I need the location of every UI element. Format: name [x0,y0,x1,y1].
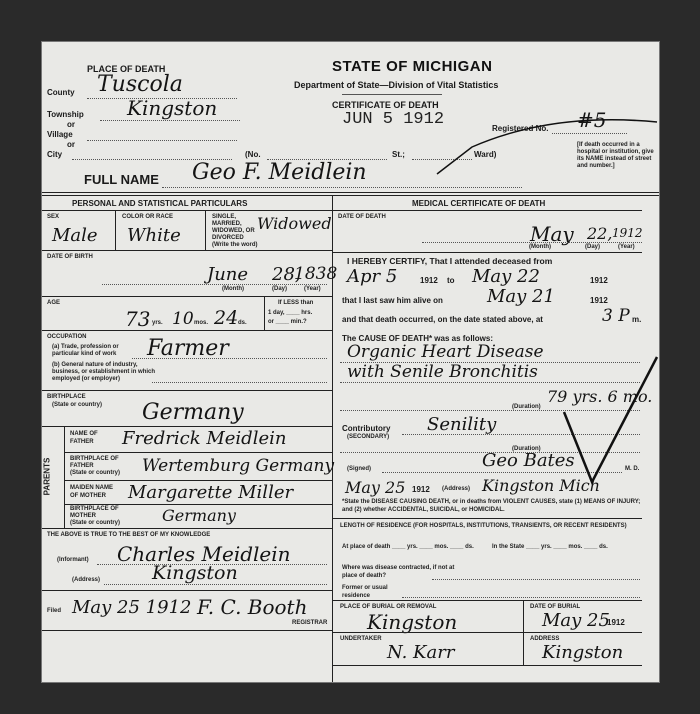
physician-signature: Geo Bates [482,450,575,471]
marital-status-label: SINGLE, MARRIED, WIDOWED, OR DIVORCED [212,214,262,242]
sign-date: May 25 [345,478,405,497]
certificate-title: CERTIFICATE OF DEATH [332,100,439,110]
mother-birthplace-sub: (State or country) [70,520,120,526]
city-label: City [47,150,62,159]
sign-year: 1912 [412,485,430,494]
marital-status-value: Widowed [257,214,332,233]
informant-label: (Informant) [57,557,89,563]
age-months-caption: mos. [194,320,208,326]
last-saw-year: 1912 [590,296,608,305]
registrar-label: REGISTRAR [292,620,327,626]
age-days: 24 [214,307,238,329]
birthplace-sub: (State or country) [52,402,102,408]
township-label: Township [47,110,84,119]
street-label: St.; [392,150,405,159]
medical-section-title: MEDICAL CERTIFICATE OF DEATH [412,199,545,208]
department-label: Department of State—Division of Vital St… [294,80,498,90]
month-caption: (Month) [222,286,244,292]
dob-label: DATE OF BIRTH [47,254,93,260]
burial-date-value: May 25 [542,610,610,631]
last-saw-label: that I last saw him alive on [342,296,443,305]
cause-line-2: with Senile Bronchitis [347,362,538,382]
age-label: AGE [47,300,60,306]
occupation-a-label: (a) Trade, profession or particular kind… [52,344,127,358]
secondary-label: (SECONDARY) [347,434,389,440]
death-certificate: PLACE OF DEATH County Tuscola Township K… [42,42,659,682]
or-label: or [67,120,75,129]
sex-label: SEX [47,214,59,220]
informant-address-value: Kingston [152,562,238,584]
residence-label: LENGTH OF RESIDENCE (FOR HOSPITALS, INST… [340,522,640,530]
occupation-label: OCCUPATION [47,334,86,340]
sex-value: Male [52,225,98,246]
father-name-label: NAME OF FATHER [70,430,110,446]
day-caption: (Day) [272,286,287,292]
dod-day: 22, [587,224,612,243]
sign-address-label: (Address) [442,486,470,492]
death-time-label: and that death occurred, on the date sta… [342,315,543,324]
mother-birthplace-label: BIRTHPLACE OF MOTHER [70,506,130,520]
marital-note: (Write the word) [212,242,258,248]
contracted-label: Where was disease contracted, if not at … [342,564,462,580]
undertaker-address-value: Kingston [542,642,623,663]
father-birthplace-value: Wertemburg Germany [142,456,334,476]
full-name-label: FULL NAME [84,172,159,187]
burial-place-value: Kingston [367,610,457,634]
dob-month: June [207,264,248,285]
contributory-label: Contributory [342,424,390,433]
mother-name-value: Margarette Miller [128,482,293,503]
burial-year: 1912 [607,618,625,627]
date-of-death-label: DATE OF DEATH [338,214,386,220]
father-birthplace-sub: (State or country) [70,470,120,476]
death-time-suffix: m. [632,315,641,324]
certify-text: I HEREBY CERTIFY, That I attended deceas… [347,256,552,266]
day-hrs-label: 1 day, ____ hrs. [268,310,312,316]
if-less-label: If LESS than [278,300,313,306]
signed-label: (Signed) [347,466,371,472]
year-caption: (Year) [618,244,635,250]
former-residence-label: Former or usual residence [342,584,402,600]
occupation-b-label: (b) General nature of industry, business… [52,362,162,383]
father-name-value: Fredrick Meidlein [122,428,286,449]
birthplace-value: Germany [142,400,244,425]
true-statement: THE ABOVE IS TRUE TO THE BEST OF MY KNOW… [47,532,210,538]
mother-birthplace-value: Germany [162,506,236,525]
birthplace-label: BIRTHPLACE [47,394,86,400]
registrar-signature: F. C. Booth [197,595,307,619]
last-saw-value: May 21 [487,286,555,307]
month-caption: (Month) [529,244,551,250]
dod-year: 1912 [612,226,643,240]
year-caption: (Year) [304,286,321,292]
dob-year: 1838 [294,264,337,284]
check-mark-icon [432,102,662,182]
at-place-label: At place of death ____ yrs. ____ mos. __… [342,544,482,550]
death-time-value: 3 P [602,306,630,326]
to-label: to [447,276,455,285]
attended-to: May 22 [472,266,540,287]
mother-name-label: MAIDEN NAME OF MOTHER [70,484,120,500]
state-title: STATE OF MICHIGAN [332,58,492,75]
township-value: Kingston [127,96,217,120]
age-years-caption: yrs. [152,320,163,326]
age-years: 73 [125,307,150,331]
day-caption: (Day) [585,244,600,250]
father-birthplace-label: BIRTHPLACE OF FATHER [70,456,130,470]
attended-to-year: 1912 [590,276,608,285]
county-value: Tuscola [97,72,183,97]
or-label: or [67,140,75,149]
age-days-caption: ds. [238,320,247,326]
race-value: White [127,225,181,246]
full-name-value: Geo F. Meidlein [192,160,367,185]
verification-check-icon [562,352,662,502]
county-label: County [47,88,75,97]
contributory-value: Senility [427,414,496,435]
cause-line-1: Organic Heart Disease [347,342,544,362]
village-label: Village [47,130,73,139]
or-min-label: or ____ min.? [268,319,307,325]
undertaker-label: UNDERTAKER [340,636,382,642]
informant-address-label: (Address) [72,577,100,583]
filed-label: Filed [47,608,61,614]
attended-from: Apr 5 [347,266,397,287]
race-label: COLOR OR RACE [122,214,173,220]
personal-section-title: PERSONAL AND STATISTICAL PARTICULARS [72,199,247,208]
age-months: 10 [172,309,194,329]
attended-from-year: 1912 [420,276,438,285]
parents-label: PARENTS [42,458,51,496]
in-state-label: In the State ____ yrs. ____ mos. ____ ds… [492,544,642,550]
undertaker-value: N. Karr [387,642,454,663]
filed-date-value: May 25 1912 [72,597,192,618]
received-date-stamp: JUN 5 1912 [342,110,444,129]
street-no-label: (No. [245,150,261,159]
